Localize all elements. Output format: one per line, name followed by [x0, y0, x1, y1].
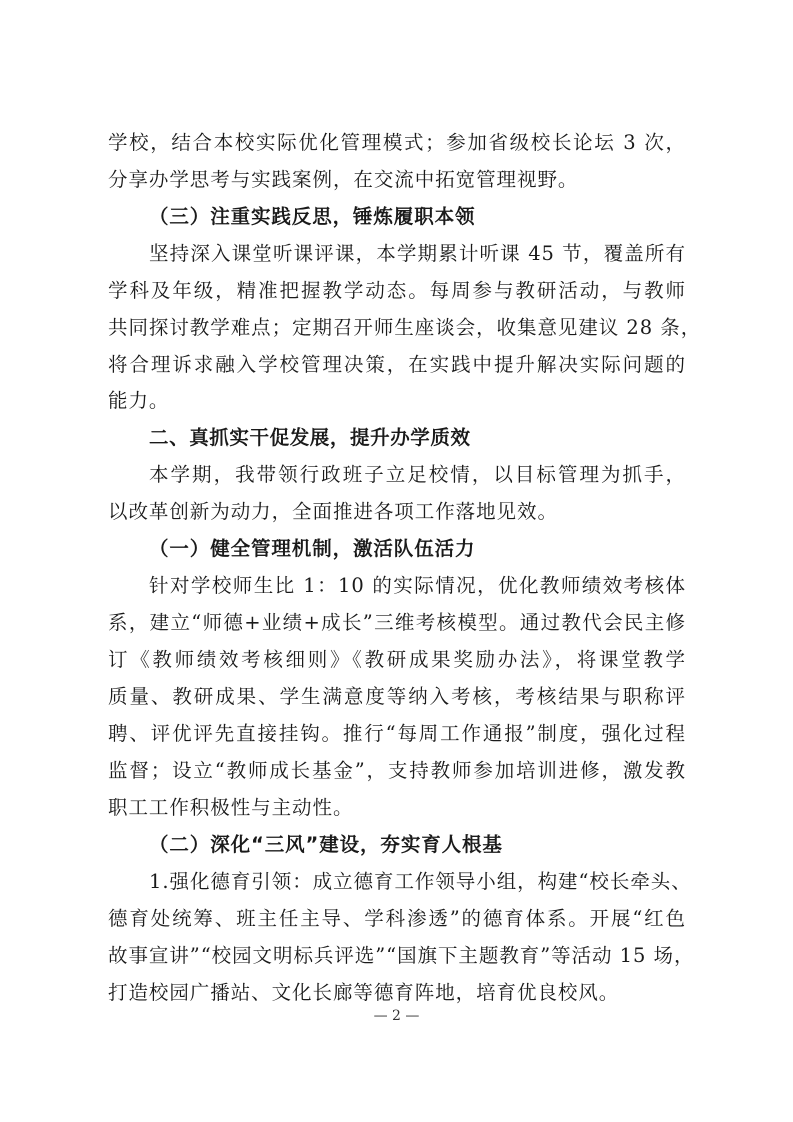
body-line: 职工工作积极性与主动性。: [108, 789, 686, 826]
body-line: 共同探讨教学难点；定期召开师生座谈会，收集意见建议 28 条，: [108, 309, 686, 346]
body-line: 订《教师绩效考核细则》《教研成果奖励办法》，将课堂教学: [108, 641, 686, 678]
body-line: 聘、评优评先直接挂钩。推行“每周工作通报”制度，强化过程: [108, 715, 686, 752]
body-line: 将合理诉求融入学校管理决策，在实践中提升解决实际问题的: [108, 346, 686, 383]
subheading-three-styles: （二）深化“三风”建设，夯实育人根基: [149, 826, 686, 863]
body-line: 德育处统筹、班主任主导、学科渗透”的德育体系。开展“红色: [108, 900, 686, 937]
body-line: 本学期，我带领行政班子立足校情，以目标管理为抓手，: [149, 456, 686, 493]
section-heading-two: 二、真抓实干促发展，提升办学质效: [149, 419, 686, 456]
body-line: 能力。: [108, 382, 686, 419]
subheading-management-mechanism: （一）健全管理机制，激活队伍活力: [149, 530, 686, 567]
body-line: 1.强化德育引领：成立德育工作领导小组，构建“校长牵头、: [149, 863, 686, 900]
body-line: 针对学校师生比 1：10 的实际情况，优化教师绩效考核体: [149, 567, 686, 604]
body-line: 学校，结合本校实际优化管理模式；参加省级校长论坛 3 次，: [108, 124, 686, 161]
body-line: 学科及年级，精准把握教学动态。每周参与教研活动，与教师: [108, 272, 686, 309]
body-line: 以改革创新为动力，全面推进各项工作落地见效。: [108, 493, 686, 530]
page-number: — 2 —: [0, 1008, 793, 1024]
body-line: 坚持深入课堂听课评课，本学期累计听课 45 节，覆盖所有: [149, 235, 686, 272]
document-page: 学校，结合本校实际优化管理模式；参加省级校长论坛 3 次， 分享办学思考与实践案…: [0, 0, 793, 1122]
body-line: 故事宣讲”“校园文明标兵评选”“国旗下主题教育”等活动 15 场，: [108, 937, 686, 974]
subheading-practice-reflection: （三）注重实践反思，锤炼履职本领: [149, 198, 686, 235]
body-line: 打造校园广播站、文化长廊等德育阵地，培育优良校风。: [108, 974, 686, 1011]
body-line: 质量、教研成果、学生满意度等纳入考核，考核结果与职称评: [108, 678, 686, 715]
body-line: 监督；设立“教师成长基金”，支持教师参加培训进修，激发教: [108, 752, 686, 789]
body-line: 系，建立“师德+业绩+成长”三维考核模型。通过教代会民主修: [108, 604, 686, 641]
body-line: 分享办学思考与实践案例，在交流中拓宽管理视野。: [108, 161, 686, 198]
